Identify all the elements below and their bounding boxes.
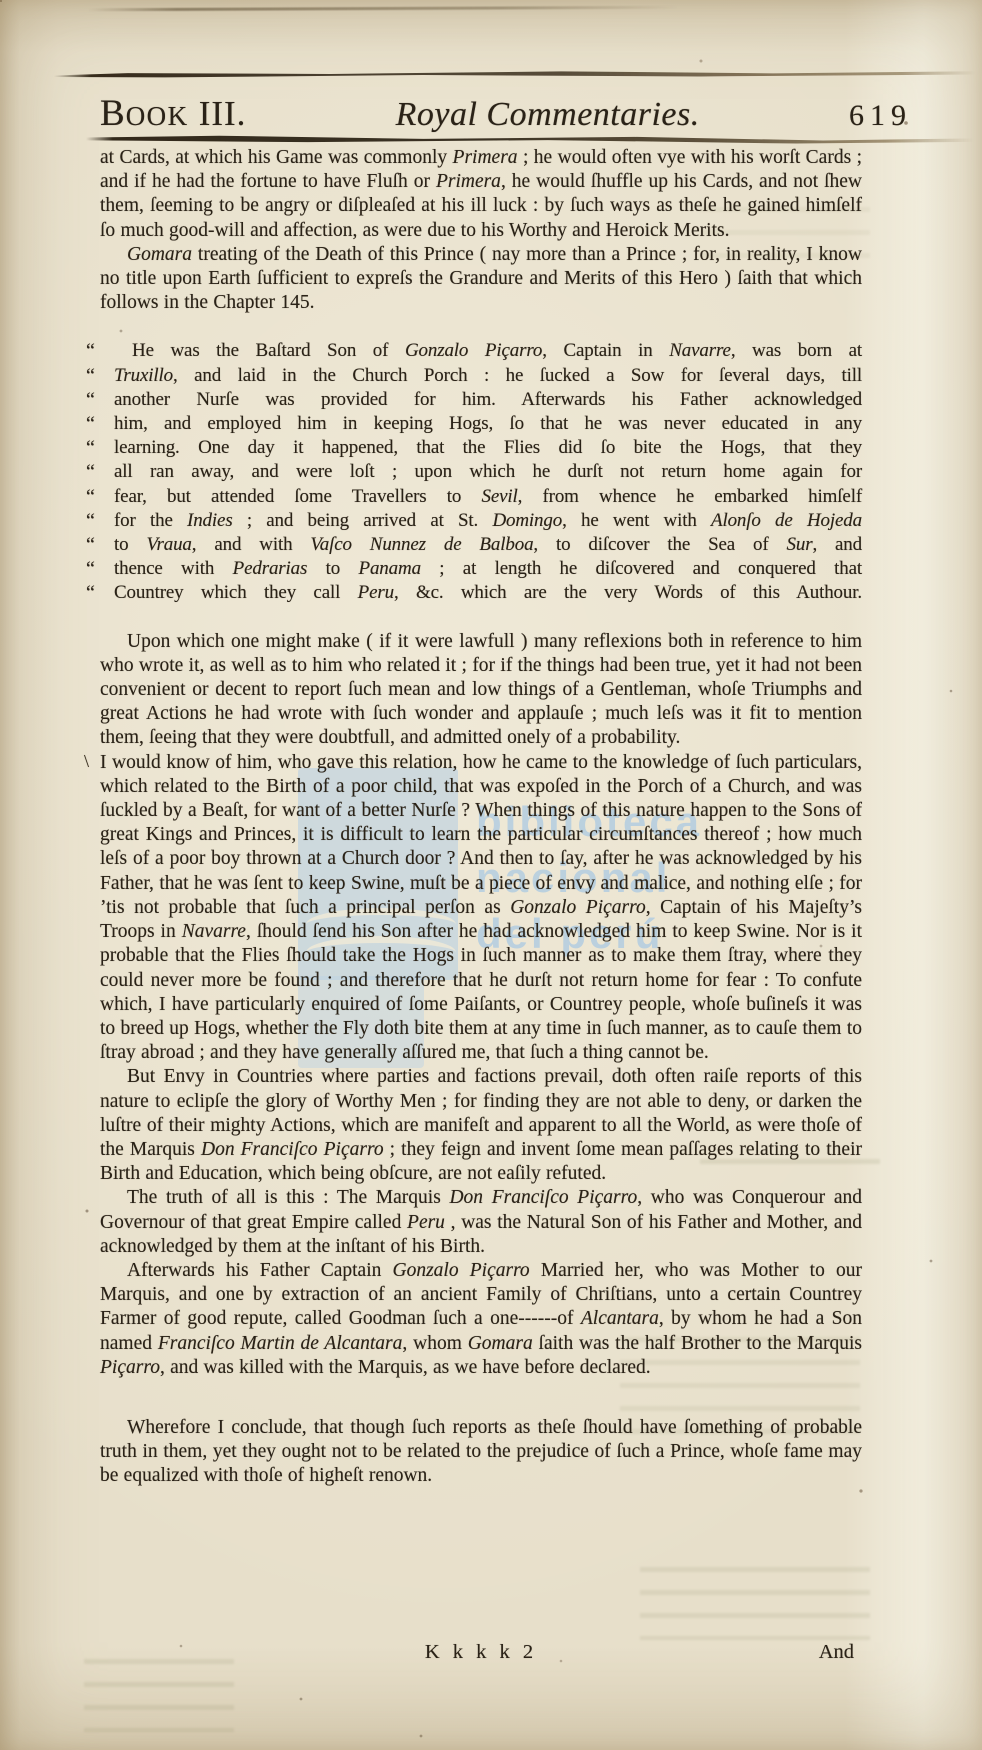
quote-line-text: all ran away, and were loſt ; upon which… — [114, 460, 862, 484]
quote-mark: “ — [86, 388, 114, 412]
book-page-scan: BookIII. Royal Commentaries. 619 bibliot… — [0, 0, 982, 1750]
quote-line: “him, and employed him in keeping Hogs, … — [100, 412, 862, 436]
scan-streak — [88, 6, 678, 12]
book-number: III. — [199, 94, 247, 133]
quote-mark: “ — [86, 364, 114, 388]
paragraph: But Envy in Countries where parties and … — [100, 1065, 862, 1186]
quote-line-text: thence with Pedrarias to Panama ; at len… — [114, 557, 862, 581]
quote-line-text: him, and employed him in keeping Hogs, ſ… — [114, 412, 862, 436]
quote-line-text: learning. One day it happened, that the … — [114, 436, 862, 460]
quote-line-text: Truxillo, and laid in the Church Porch :… — [114, 364, 862, 388]
quote-mark: “ — [86, 460, 114, 484]
quote-line-text: He was the Baſtard Son of Gonzalo Piçarr… — [114, 339, 862, 363]
header-rule-bottom — [86, 135, 974, 144]
quote-line-text: fear, but attended ſome Travellers to Se… — [114, 485, 862, 509]
bleed-through — [640, 1560, 870, 1640]
page-header: BookIII. Royal Commentaries. 619 — [100, 92, 912, 135]
quote-mark: “ — [86, 581, 114, 605]
book-smallcaps: ook — [126, 101, 189, 131]
quote-line: “to Vraua, and with Vaſco Nunnez de Balb… — [100, 533, 862, 557]
quote-line-text: to Vraua, and with Vaſco Nunnez de Balbo… — [114, 533, 862, 557]
quote-line: “thence with Pedrarias to Panama ; at le… — [100, 557, 862, 581]
paragraph: Wherefore I conclude, that though ſuch r… — [100, 1416, 862, 1489]
quote-line: “fear, but attended ſome Travellers to S… — [100, 485, 862, 509]
quote-line: “He was the Baſtard Son of Gonzalo Piçar… — [100, 339, 862, 363]
running-title: Royal Commentaries. — [246, 96, 849, 134]
book-label: BookIII. — [100, 92, 246, 135]
paragraph: at Cards, at which his Game was commonly… — [100, 146, 862, 243]
quote-line: “learning. One day it happened, that the… — [100, 436, 862, 460]
quote-line: “for the Indies ; and being arrived at S… — [100, 509, 862, 533]
quote-line: “another Nurſe was provided for him. Aft… — [100, 388, 862, 412]
catchword: And — [819, 1641, 854, 1664]
stray-press-mark: \ — [84, 749, 89, 773]
quote-line-text: Countrey which they call Peru, &c. which… — [114, 581, 862, 605]
quote-mark: “ — [86, 557, 114, 581]
page-number: 619 — [849, 99, 912, 133]
header-rule-top — [54, 70, 976, 78]
quote-mark: “ — [86, 436, 114, 460]
quote-line: “Truxillo, and laid in the Church Porch … — [100, 364, 862, 388]
quote-line: “all ran away, and were loſt ; upon whic… — [100, 460, 862, 484]
book-initial: B — [100, 93, 126, 134]
paragraph: Gomara treating of the Death of this Pri… — [100, 243, 862, 316]
paragraph: Afterwards his Father Captain Gonzalo Pi… — [100, 1259, 862, 1380]
quote-line: “Countrey which they call Peru, &c. whic… — [100, 581, 862, 605]
signature-mark: K k k k 2 — [100, 1641, 862, 1664]
quote-mark: “ — [86, 509, 114, 533]
quote-line-text: another Nurſe was provided for him. Afte… — [114, 388, 862, 412]
bleed-through — [84, 1652, 234, 1732]
text-body: at Cards, at which his Game was commonly… — [100, 146, 862, 1489]
quote-line-text: for the Indies ; and being arrived at St… — [114, 509, 862, 533]
quote-mark: “ — [86, 533, 114, 557]
paragraph: Upon which one might make ( if it were l… — [100, 630, 862, 751]
quote-mark: “ — [86, 412, 114, 436]
quote-mark: “ — [86, 339, 114, 363]
foxing-specks — [0, 0, 2, 2]
paragraph: The truth of all is this : The Marquis D… — [100, 1186, 862, 1259]
paragraph: \I would know of him, who gave this rela… — [100, 751, 862, 1066]
quoted-passage: “He was the Baſtard Son of Gonzalo Piçar… — [100, 339, 862, 605]
quote-mark: “ — [86, 485, 114, 509]
